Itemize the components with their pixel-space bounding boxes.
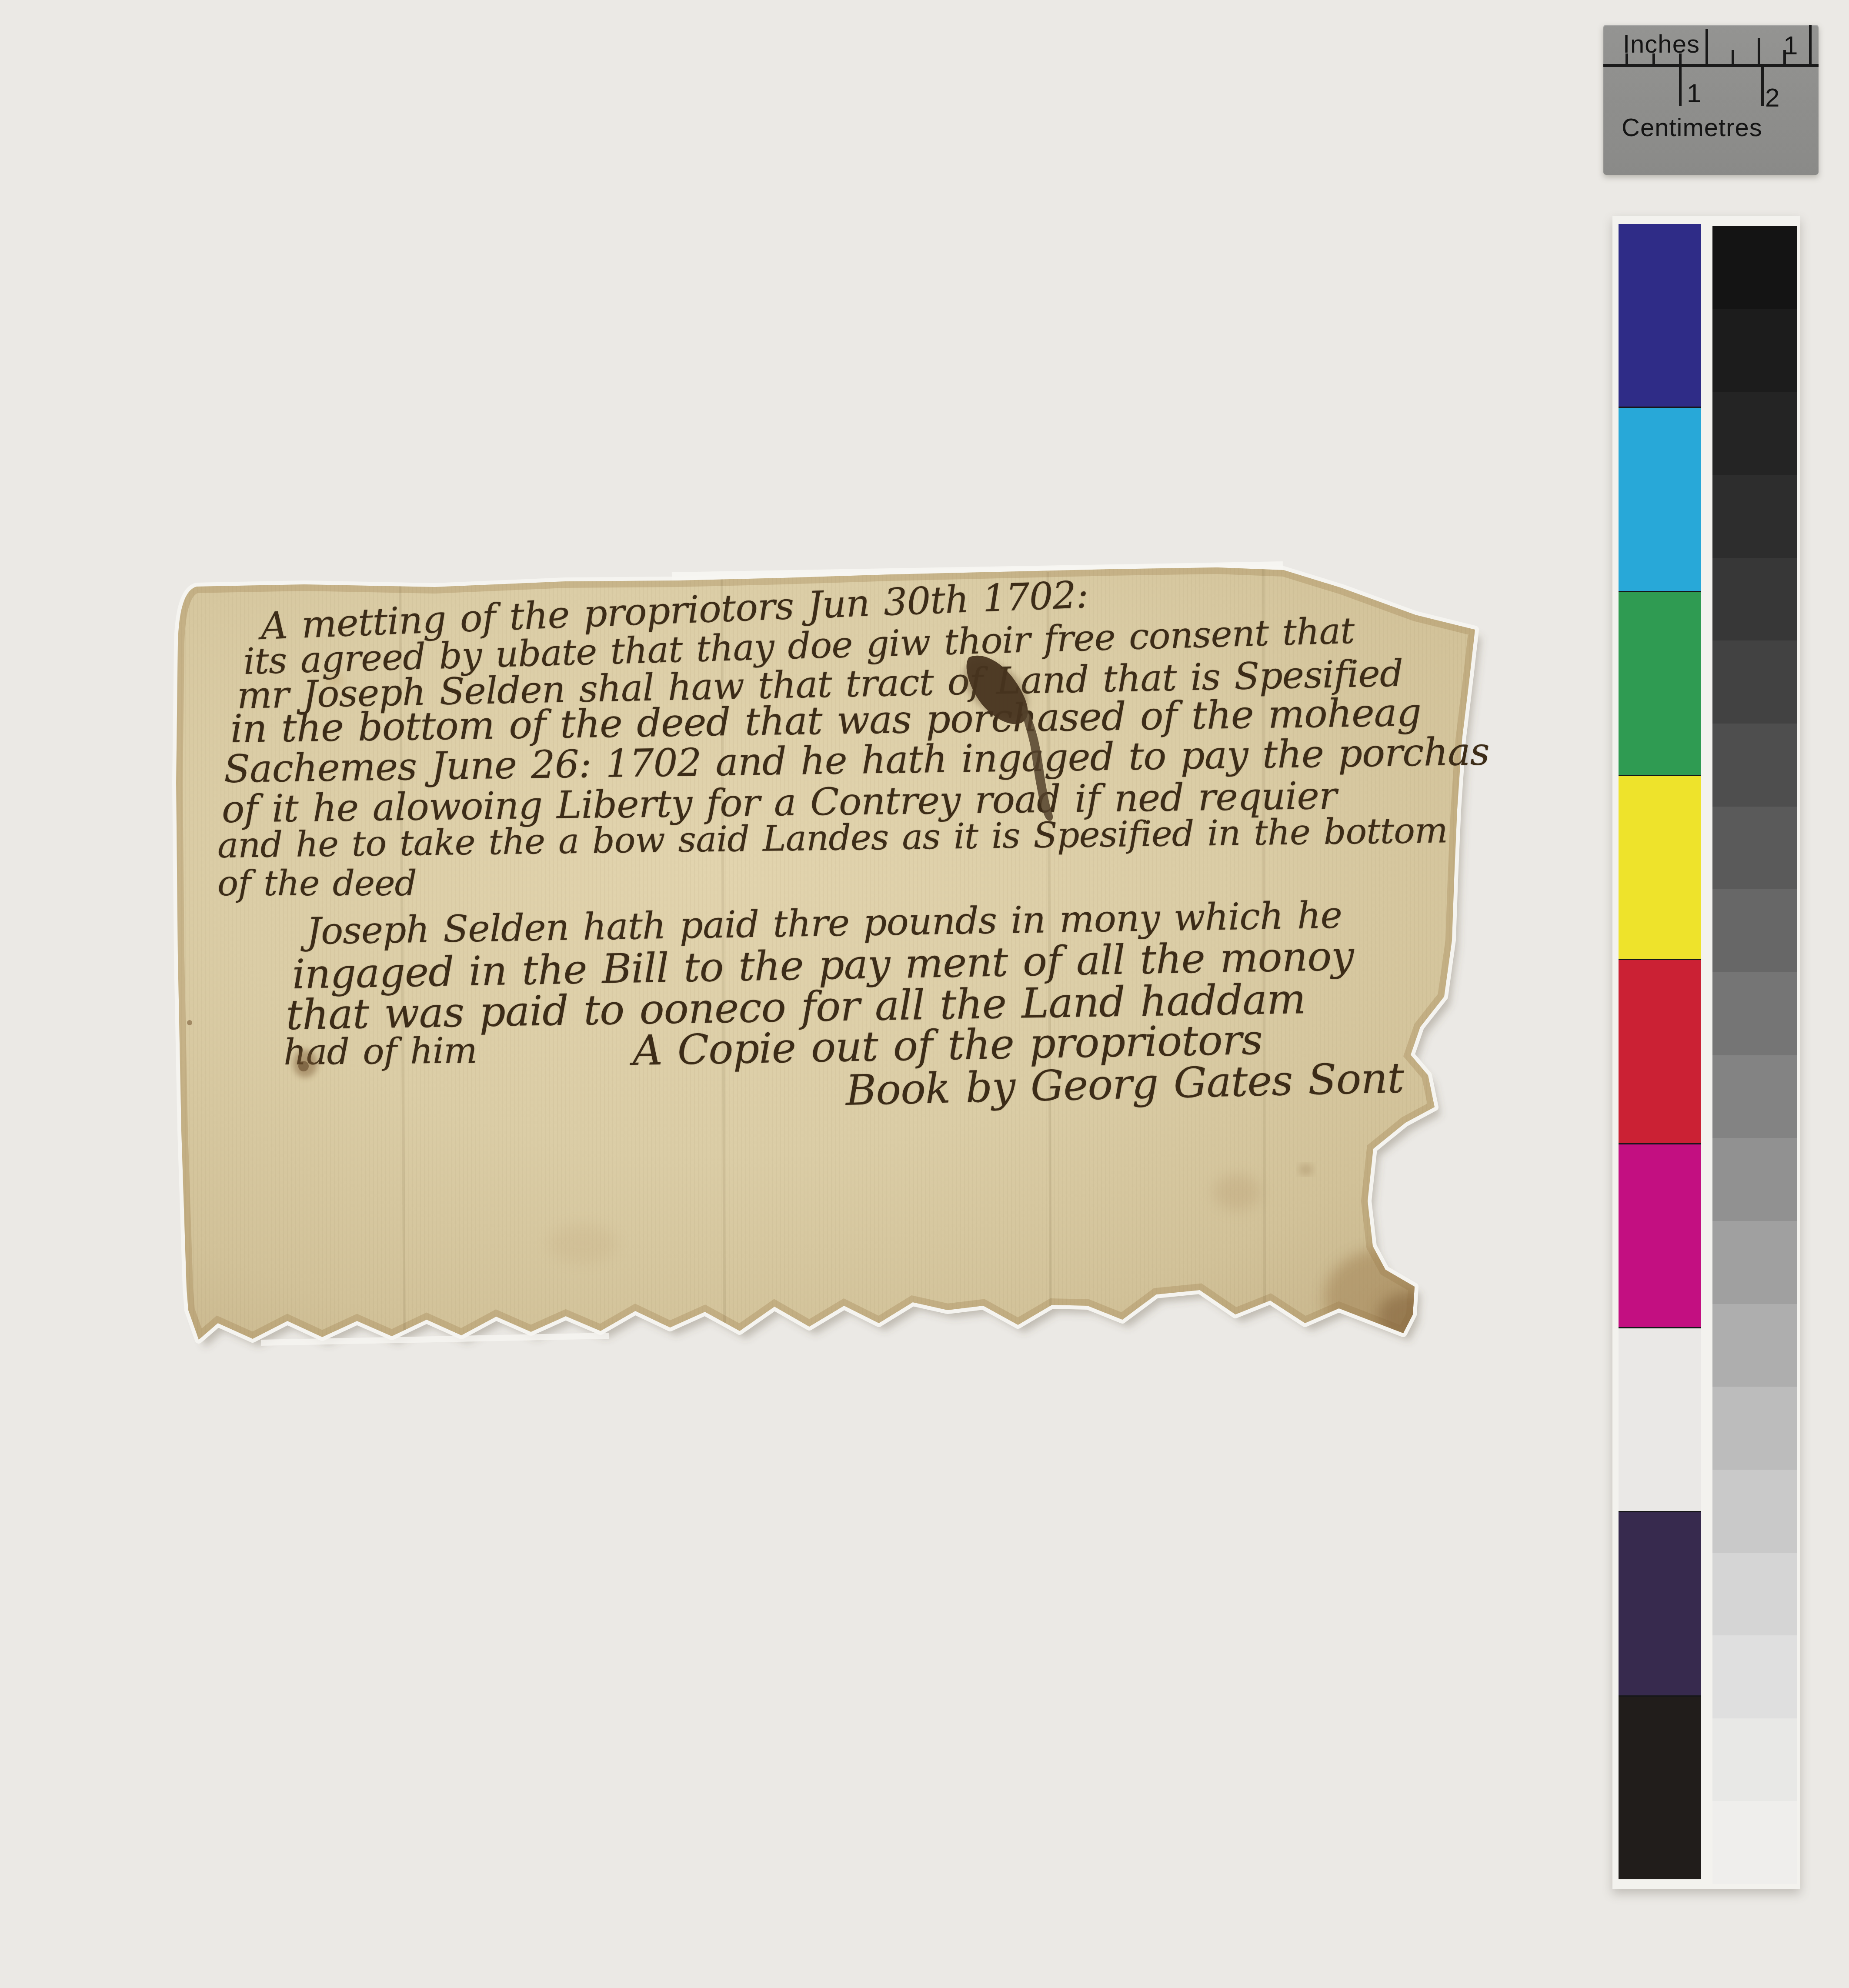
grayscale-calibration-bar xyxy=(1712,226,1797,1884)
scan-background: { "ruler": { "inches_label": "Inches", "… xyxy=(0,0,1849,1988)
grayscale-step xyxy=(1712,724,1797,807)
grayscale-step xyxy=(1712,1553,1797,1636)
grayscale-step xyxy=(1712,1138,1797,1221)
grayscale-step xyxy=(1712,1055,1797,1138)
grayscale-step xyxy=(1712,1470,1797,1553)
color-patch xyxy=(1619,1327,1701,1511)
manuscript-line: Book by Georg Gates Sont xyxy=(845,1057,1404,1111)
grayscale-step xyxy=(1712,475,1797,558)
grayscale-step xyxy=(1712,1801,1797,1884)
centimetres-label: Centimetres xyxy=(1622,115,1762,140)
grayscale-step xyxy=(1712,392,1797,475)
color-patch xyxy=(1619,407,1701,590)
inch-digit-1: 1 xyxy=(1783,33,1798,59)
grayscale-step xyxy=(1712,558,1797,641)
color-patch xyxy=(1619,959,1701,1143)
grayscale-step xyxy=(1712,807,1797,890)
grayscale-step xyxy=(1712,640,1797,724)
cm-digit-1: 1 xyxy=(1687,80,1701,107)
manuscript-line: of the deed xyxy=(217,866,417,901)
grayscale-step xyxy=(1712,1304,1797,1387)
color-patch xyxy=(1619,1511,1701,1695)
cm-tick xyxy=(1679,67,1682,106)
grayscale-step xyxy=(1712,1635,1797,1718)
cm-digit-2: 2 xyxy=(1765,85,1779,111)
color-patch xyxy=(1619,591,1701,775)
grayscale-step xyxy=(1712,226,1797,309)
grayscale-step xyxy=(1712,972,1797,1055)
color-patch xyxy=(1619,1143,1701,1327)
grayscale-step xyxy=(1712,1718,1797,1801)
color-patch xyxy=(1619,775,1701,959)
grayscale-step xyxy=(1712,1221,1797,1304)
ruler-card: Inches 1 1 2 Centimetres xyxy=(1603,25,1819,175)
grayscale-step xyxy=(1712,309,1797,392)
color-calibration-bar xyxy=(1619,224,1701,1879)
cm-tick xyxy=(1761,67,1764,106)
color-patch xyxy=(1619,1695,1701,1879)
photo-canvas: A metting of the propriotors Jun 30th 17… xyxy=(0,0,1849,1988)
color-patch xyxy=(1619,224,1701,407)
grayscale-step xyxy=(1712,889,1797,972)
grayscale-step xyxy=(1712,1387,1797,1470)
manuscript-line: had of him xyxy=(284,1033,477,1071)
